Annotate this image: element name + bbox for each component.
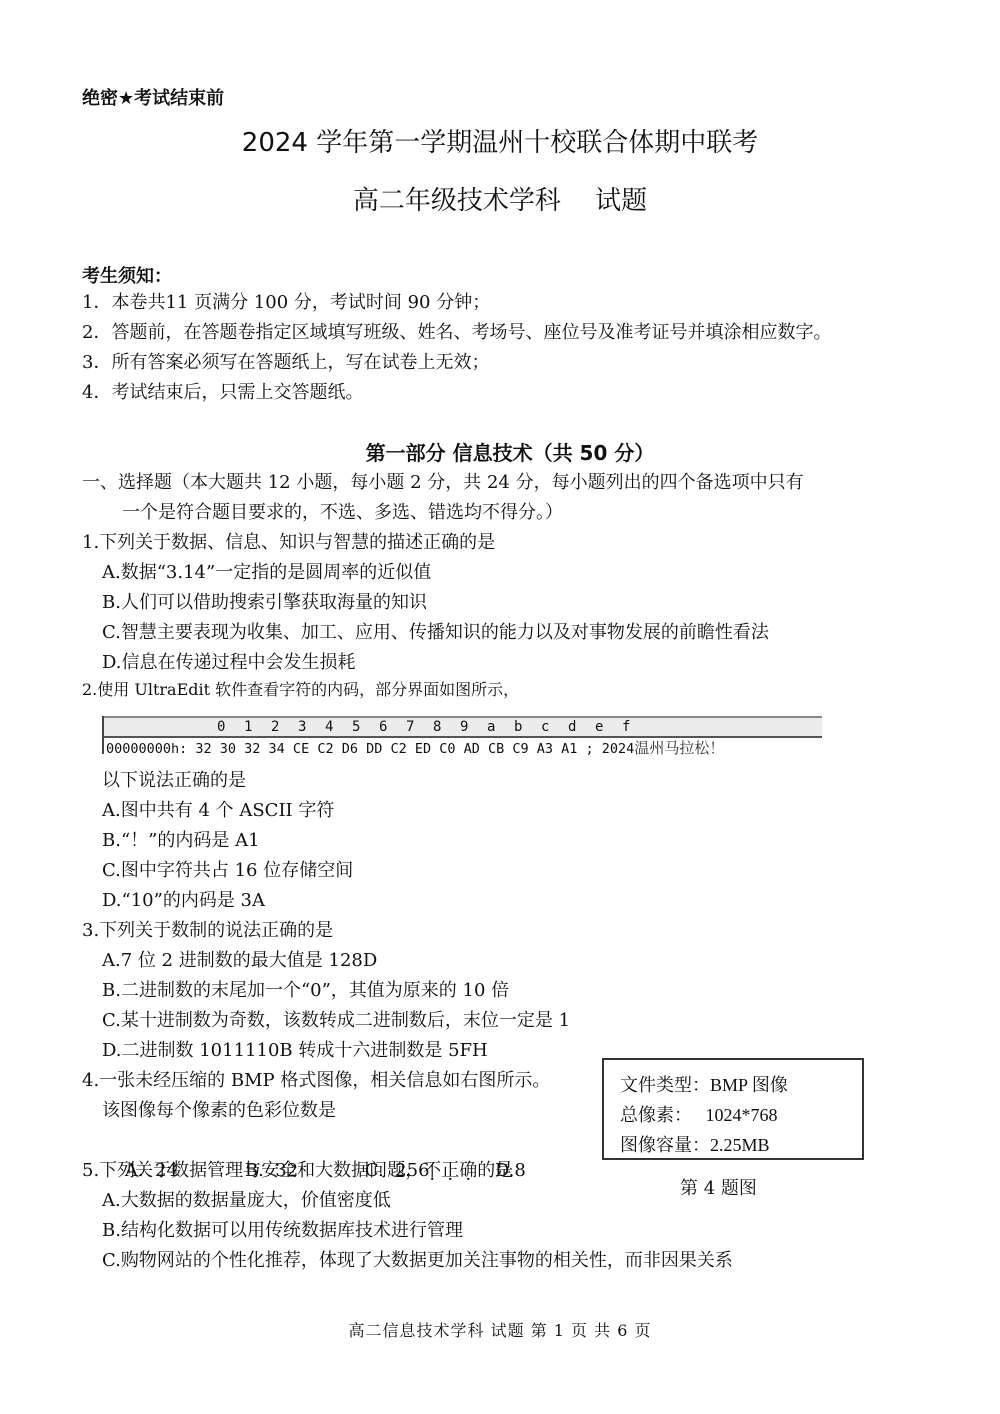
notice-item: 4．考试结束后，只需上交答题纸。	[82, 378, 831, 408]
part-heading: 第一部分 信息技术（共 50 分）	[0, 437, 1000, 466]
question-stem: 3.下列关于数制的说法正确的是	[82, 916, 570, 946]
option-c: C.购物网站的个性化推荐，体现了大数据更加关注事物的相关性，而非因果关系	[82, 1246, 733, 1276]
hex-col: 4	[325, 718, 333, 736]
option-b: B.二进制数的末尾加一个“0”，其值为原来的 10 倍	[82, 976, 570, 1006]
hex-col: c	[541, 718, 549, 736]
notice-list: 1．本卷共11 页满分 100 分，考试时间 90 分钟； 2．答题前，在答题卷…	[82, 288, 831, 408]
option-d: D.二进制数 1011110B 转成十六进制数是 5FH	[82, 1036, 570, 1066]
option-d: D.信息在传递过程中会发生损耗	[82, 648, 769, 678]
question-2: 以下说法正确的是 A.图中共有 4 个 ASCII 字符 B.“！”的内码是 A…	[82, 766, 353, 916]
hex-col: 3	[298, 718, 306, 736]
notice-item: 1．本卷共11 页满分 100 分，考试时间 90 分钟；	[82, 288, 831, 318]
hex-col: d	[568, 718, 576, 736]
page-footer: 高二信息技术学科 试题 第 1 页 共 6 页	[0, 1318, 1000, 1341]
question-stem: 1.下列关于数据、信息、知识与智慧的描述正确的是	[82, 528, 769, 558]
hex-col: 1	[244, 718, 252, 736]
option-c: C.某十进制数为奇数，该数转成二进制数后，末位一定是 1	[82, 1006, 570, 1036]
question-3: 3.下列关于数制的说法正确的是 A.7 位 2 进制数的最大值是 128D B.…	[82, 916, 570, 1066]
hex-col: 8	[433, 718, 441, 736]
emphasis-char: 确	[459, 1160, 477, 1181]
hex-col: 2	[271, 718, 279, 736]
confidential-label: 绝密★考试结束前	[82, 84, 224, 110]
option-b: B.人们可以借助搜索引擎获取海量的知识	[82, 588, 769, 618]
stem-text: 的是	[477, 1160, 513, 1181]
option-b: B.“！”的内码是 A1	[102, 826, 353, 856]
notice-heading: 考生须知：	[82, 262, 172, 288]
question-prompt: 以下说法正确的是	[102, 766, 353, 796]
exam-title: 2024 学年第一学期温州十校联合体期中联考	[0, 122, 1000, 159]
question-stem-2: 该图像每个像素的色彩位数是	[82, 1096, 550, 1126]
exam-subtitle: 高二年级技术学科 试题	[0, 180, 1000, 217]
hex-text: 温州马拉松！	[634, 739, 724, 757]
hex-col: b	[514, 718, 522, 736]
file-type: 文件类型：BMP 图像	[620, 1070, 862, 1100]
hex-col: f	[622, 718, 630, 736]
question-5: 5.下列关于数据管理与安全和大数据问题，不正确的是 A.大数据的数据量庞大，价值…	[82, 1156, 733, 1276]
hex-col: e	[595, 718, 603, 736]
hex-column-header: 0 1 2 3 4 5 6 7 8 9 a b c d e f	[104, 716, 822, 738]
hex-col: 7	[406, 718, 414, 736]
notice-item: 3．所有答案必须写在答题纸上，写在试卷上无效；	[82, 348, 831, 378]
option-c: C.智慧主要表现为收集、加工、应用、传播知识的能力以及对事物发展的前瞻性看法	[82, 618, 769, 648]
option-a: A.大数据的数据量庞大，价值密度低	[82, 1186, 733, 1216]
emphasis-char: 正	[441, 1160, 459, 1181]
emphasis-char: 不	[423, 1160, 441, 1181]
question-stem: 5.下列关于数据管理与安全和大数据问题，不正确的是	[82, 1156, 733, 1186]
hex-col: 9	[460, 718, 468, 736]
section-instructions: 一、选择题（本大题共 12 小题，每小题 2 分，共 24 分，每小题列出的四个…	[82, 468, 804, 528]
question-2-stem: 2.使用 UltraEdit 软件查看字符的内码，部分界面如图所示，	[82, 677, 519, 700]
hex-col: 5	[352, 718, 360, 736]
hex-col: a	[487, 718, 495, 736]
hex-bytes: 00000000h: 32 30 32 34 CE C2 D6 DD C2 ED…	[106, 741, 634, 757]
notice-item: 2．答题前，在答题卷指定区域填写班级、姓名、考场号、座位号及准考证号并填涂相应数…	[82, 318, 831, 348]
total-pixels: 总像素： 1024*768	[620, 1100, 862, 1130]
section-line: 一、选择题（本大题共 12 小题，每小题 2 分，共 24 分，每小题列出的四个…	[82, 468, 804, 498]
section-line: 一个是符合题目要求的，不选、多选、错选均不得分。）	[82, 498, 804, 528]
hex-data-row: 00000000h: 32 30 32 34 CE C2 D6 DD C2 ED…	[104, 738, 822, 759]
hex-col: 0	[217, 718, 225, 736]
option-d: D.“10”的内码是 3A	[102, 886, 353, 916]
question-stem: 4.一张未经压缩的 BMP 格式图像，相关信息如右图所示。	[82, 1066, 550, 1096]
option-a: A.7 位 2 进制数的最大值是 128D	[82, 946, 570, 976]
option-a: A.数据“3.14”一定指的是圆周率的近似值	[82, 558, 769, 588]
option-b: B.结构化数据可以用传统数据库技术进行管理	[82, 1216, 733, 1246]
bmp-info-figure: 文件类型：BMP 图像 总像素： 1024*768 图像容量：2.25MB	[602, 1058, 864, 1160]
option-a: A.图中共有 4 个 ASCII 字符	[102, 796, 353, 826]
hex-editor-figure: 0 1 2 3 4 5 6 7 8 9 a b c d e f 00000000…	[102, 716, 822, 754]
option-c: C.图中字符共占 16 位存储空间	[102, 856, 353, 886]
stem-text: 5.下列关于数据管理与安全和大数据问题，	[82, 1160, 423, 1181]
question-1: 1.下列关于数据、信息、知识与智慧的描述正确的是 A.数据“3.14”一定指的是…	[82, 528, 769, 678]
hex-col: 6	[379, 718, 387, 736]
